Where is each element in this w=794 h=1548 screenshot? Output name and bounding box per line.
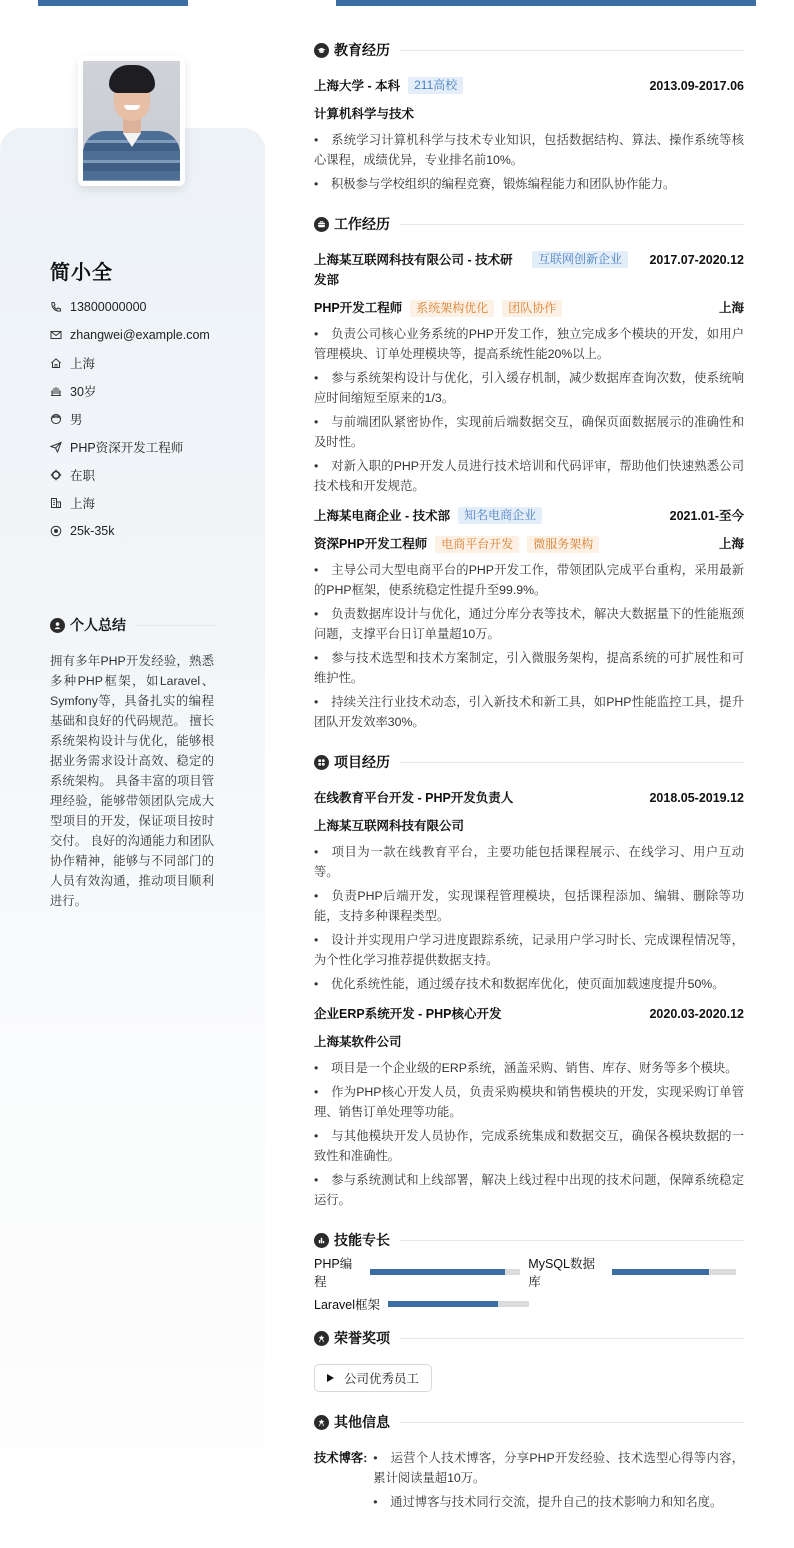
skill-php: PHP编程 bbox=[314, 1254, 520, 1290]
bar-chart-icon bbox=[314, 1233, 329, 1248]
project-entry: 在线教育平台开发 - PHP开发负责人 2018.05-2019.12 上海某互… bbox=[314, 788, 744, 994]
list-item: •对新入职的PHP开发人员进行技术培训和代码评审，帮助他们快速熟悉公司技术栈和开… bbox=[314, 456, 744, 496]
list-item: •持续关注行业技术动态，引入新技术和新工具，如PHP性能监控工具，提升团队开发效… bbox=[314, 692, 744, 732]
divider bbox=[136, 625, 218, 626]
city-value: 上海 bbox=[70, 494, 95, 512]
project-date: 2018.05-2019.12 bbox=[649, 788, 744, 808]
list-item: •负责PHP后端开发，实现课程管理模块，包括课程添加、编辑、删除等功能，支持多种… bbox=[314, 886, 744, 926]
company-tag: 互联网创新企业 bbox=[532, 251, 628, 268]
project-date: 2020.03-2020.12 bbox=[649, 1004, 744, 1024]
role-tag: 系统架构优化 bbox=[410, 300, 494, 317]
company-tag: 知名电商企业 bbox=[458, 507, 542, 524]
list-item: •参与技术选型和技术方案制定，引入微服务架构，提高系统的可扩展性和可维护性。 bbox=[314, 648, 744, 688]
list-item: •项目为一款在线教育平台，主要功能包括课程展示、在线学习、用户互动等。 bbox=[314, 842, 744, 882]
work-location: 上海 bbox=[719, 298, 744, 318]
major: 计算机科学与技术 bbox=[314, 104, 414, 124]
main-content: 教育经历 上海大学 - 本科 211高校 2013.09-2017.06 计算机… bbox=[314, 38, 744, 1516]
project-name: 在线教育平台开发 - PHP开发负责人 bbox=[314, 788, 513, 808]
project-entry: 企业ERP系统开发 - PHP核心开发 2020.03-2020.12 上海某软… bbox=[314, 1004, 744, 1210]
email-value: zhangwei@example.com bbox=[70, 328, 210, 342]
list-item: •设计并实现用户学习进度跟踪系统，记录用户学习时长、完成课程情况等，为个性化学习… bbox=[314, 930, 744, 970]
company-name: 上海某电商企业 - 技术部 bbox=[314, 506, 450, 526]
summary-text: 拥有多年PHP开发经验，熟悉多种PHP框架，如Laravel、Symfony等，… bbox=[50, 651, 214, 911]
home-icon bbox=[50, 357, 62, 369]
status-value: 在职 bbox=[70, 466, 95, 484]
contact-info-list: 13800000000 zhangwei@example.com 上海 30岁 … bbox=[50, 293, 210, 545]
role-tag: 电商平台开发 bbox=[435, 536, 519, 553]
info-age: 30岁 bbox=[50, 377, 210, 405]
work-date: 2017.07-2020.12 bbox=[649, 250, 744, 270]
send-icon bbox=[50, 441, 62, 453]
award-icon bbox=[314, 1331, 329, 1346]
list-item: •优化系统性能，通过缓存技术和数据库优化，使页面加载速度提升50%。 bbox=[314, 974, 744, 994]
info-position: PHP资深开发工程师 bbox=[50, 433, 210, 461]
job-title: 资深PHP开发工程师 bbox=[314, 534, 427, 554]
skills-section: 技能专长 PHP编程 MySQL数据库 Laravel框架 bbox=[314, 1228, 744, 1314]
grid-icon bbox=[314, 755, 329, 770]
phone-icon bbox=[50, 301, 62, 313]
list-item: •通过博客与技术同行交流，提升自己的技术影响力和知名度。 bbox=[373, 1492, 744, 1512]
project-company: 上海某互联网科技有限公司 bbox=[314, 816, 464, 836]
info-status: 在职 bbox=[50, 461, 210, 489]
divider bbox=[400, 50, 744, 51]
salary-icon bbox=[50, 525, 62, 537]
phone-value: 13800000000 bbox=[70, 300, 146, 314]
user-icon bbox=[50, 618, 65, 633]
portrait-photo bbox=[83, 61, 180, 181]
list-item: •积极参与学校组织的编程竞赛，锻炼编程能力和团队协作能力。 bbox=[314, 174, 744, 194]
divider bbox=[400, 1422, 744, 1423]
other-section: 其他信息 技术博客: •运营个人技术博客，分享PHP开发经验、技术选型心得等内容… bbox=[314, 1410, 744, 1516]
info-phone: 13800000000 bbox=[50, 293, 210, 321]
company-name: 上海某互联网科技有限公司 - 技术研发部 bbox=[314, 250, 524, 290]
project-name: 企业ERP系统开发 - PHP核心开发 bbox=[314, 1004, 502, 1024]
accent-bar-right bbox=[336, 0, 756, 6]
gender-icon bbox=[50, 413, 62, 425]
other-entry: 技术博客: •运营个人技术博客，分享PHP开发经验、技术选型心得等内容，累计阅读… bbox=[314, 1448, 744, 1516]
info-email: zhangwei@example.com bbox=[50, 321, 210, 349]
other-label: 技术博客: bbox=[314, 1448, 367, 1516]
school-tag: 211高校 bbox=[408, 77, 463, 94]
other-section-title: 其他信息 bbox=[314, 1410, 744, 1434]
skills-section-title: 技能专长 bbox=[314, 1228, 744, 1252]
salary-value: 25k-35k bbox=[70, 524, 114, 538]
divider bbox=[400, 1338, 744, 1339]
list-item: •项目是一个企业级的ERP系统，涵盖采购、销售、库存、财务等多个模块。 bbox=[314, 1058, 744, 1078]
skill-bar bbox=[388, 1301, 529, 1307]
list-item: •主导公司大型电商平台的PHP开发工作，带领团队完成平台重构，采用最新的PHP框… bbox=[314, 560, 744, 600]
list-item: •与前端团队紧密协作，实现前后端数据交互，确保页面数据展示的准确性和及时性。 bbox=[314, 412, 744, 452]
list-item: •运营个人技术博客，分享PHP开发经验、技术选型心得等内容，累计阅读量超10万。 bbox=[373, 1448, 744, 1488]
location-value: 上海 bbox=[70, 354, 95, 372]
work-entry: 上海某电商企业 - 技术部 知名电商企业 2021.01-至今 资深PHP开发工… bbox=[314, 506, 744, 732]
list-item: •作为PHP核心开发人员，负责采购模块和销售模块的开发，实现采购订单管理、销售订… bbox=[314, 1082, 744, 1122]
role-tag: 微服务架构 bbox=[527, 536, 599, 553]
work-location: 上海 bbox=[719, 534, 744, 554]
work-date: 2021.01-至今 bbox=[670, 506, 744, 526]
list-item: •参与系统测试和上线部署，解决上线过程中出现的技术问题，保障系统稳定运行。 bbox=[314, 1170, 744, 1210]
work-section: 工作经历 上海某互联网科技有限公司 - 技术研发部 互联网创新企业 2017.0… bbox=[314, 212, 744, 732]
job-title: PHP开发工程师 bbox=[314, 298, 402, 318]
skill-bar bbox=[612, 1269, 736, 1275]
school-name: 上海大学 - 本科 bbox=[314, 76, 400, 96]
projects-section: 项目经历 在线教育平台开发 - PHP开发负责人 2018.05-2019.12… bbox=[314, 750, 744, 1210]
skill-laravel: Laravel框架 bbox=[314, 1295, 529, 1313]
info-salary: 25k-35k bbox=[50, 517, 210, 545]
accent-bar-left bbox=[38, 0, 188, 6]
list-item: •系统学习计算机科学与技术专业知识，包括数据结构、算法、操作系统等核心课程，成绩… bbox=[314, 130, 744, 170]
list-item: •参与系统架构设计与优化，引入缓存机制，减少数据库查询次数，使系统响应时间缩短至… bbox=[314, 368, 744, 408]
award-item[interactable]: 公司优秀员工 bbox=[314, 1364, 432, 1392]
gender-value: 男 bbox=[70, 410, 83, 428]
education-section: 教育经历 上海大学 - 本科 211高校 2013.09-2017.06 计算机… bbox=[314, 38, 744, 194]
age-value: 30岁 bbox=[70, 382, 96, 400]
awards-section-title: 荣誉奖项 bbox=[314, 1326, 744, 1350]
candidate-name: 简小全 bbox=[50, 256, 113, 285]
list-item: •负责公司核心业务系统的PHP开发工作，独立完成多个模块的开发，如用户管理模块、… bbox=[314, 324, 744, 364]
skill-mysql: MySQL数据库 bbox=[528, 1254, 736, 1290]
role-tag: 团队协作 bbox=[502, 300, 562, 317]
building-icon bbox=[50, 497, 62, 509]
divider bbox=[400, 762, 744, 763]
skill-bar bbox=[370, 1269, 520, 1275]
briefcase-icon bbox=[314, 217, 329, 232]
divider bbox=[400, 1240, 744, 1241]
work-section-title: 工作经历 bbox=[314, 212, 744, 236]
status-icon bbox=[50, 469, 62, 481]
education-section-title: 教育经历 bbox=[314, 38, 744, 62]
list-item: •负责数据库设计与优化，通过分库分表等技术，解决大数据量下的性能瓶颈问题，支撑平… bbox=[314, 604, 744, 644]
play-icon bbox=[327, 1374, 334, 1382]
summary-section-title: 个人总结 bbox=[50, 615, 218, 635]
projects-section-title: 项目经历 bbox=[314, 750, 744, 774]
education-entry: 上海大学 - 本科 211高校 2013.09-2017.06 计算机科学与技术… bbox=[314, 76, 744, 194]
work-entry: 上海某互联网科技有限公司 - 技术研发部 互联网创新企业 2017.07-202… bbox=[314, 250, 744, 496]
mail-icon bbox=[50, 329, 62, 341]
awards-section: 荣誉奖项 公司优秀员工 bbox=[314, 1326, 744, 1392]
position-value: PHP资深开发工程师 bbox=[70, 438, 183, 456]
project-company: 上海某软件公司 bbox=[314, 1032, 402, 1052]
divider bbox=[400, 224, 744, 225]
info-gender: 男 bbox=[50, 405, 210, 433]
cake-icon bbox=[50, 385, 62, 397]
education-date: 2013.09-2017.06 bbox=[649, 76, 744, 96]
info-city: 上海 bbox=[50, 489, 210, 517]
graduation-cap-icon bbox=[314, 43, 329, 58]
list-item: •与其他模块开发人员协作，完成系统集成和数据交互，确保各模块数据的一致性和准确性… bbox=[314, 1126, 744, 1166]
avatar bbox=[78, 56, 185, 186]
award-icon bbox=[314, 1415, 329, 1430]
info-location: 上海 bbox=[50, 349, 210, 377]
